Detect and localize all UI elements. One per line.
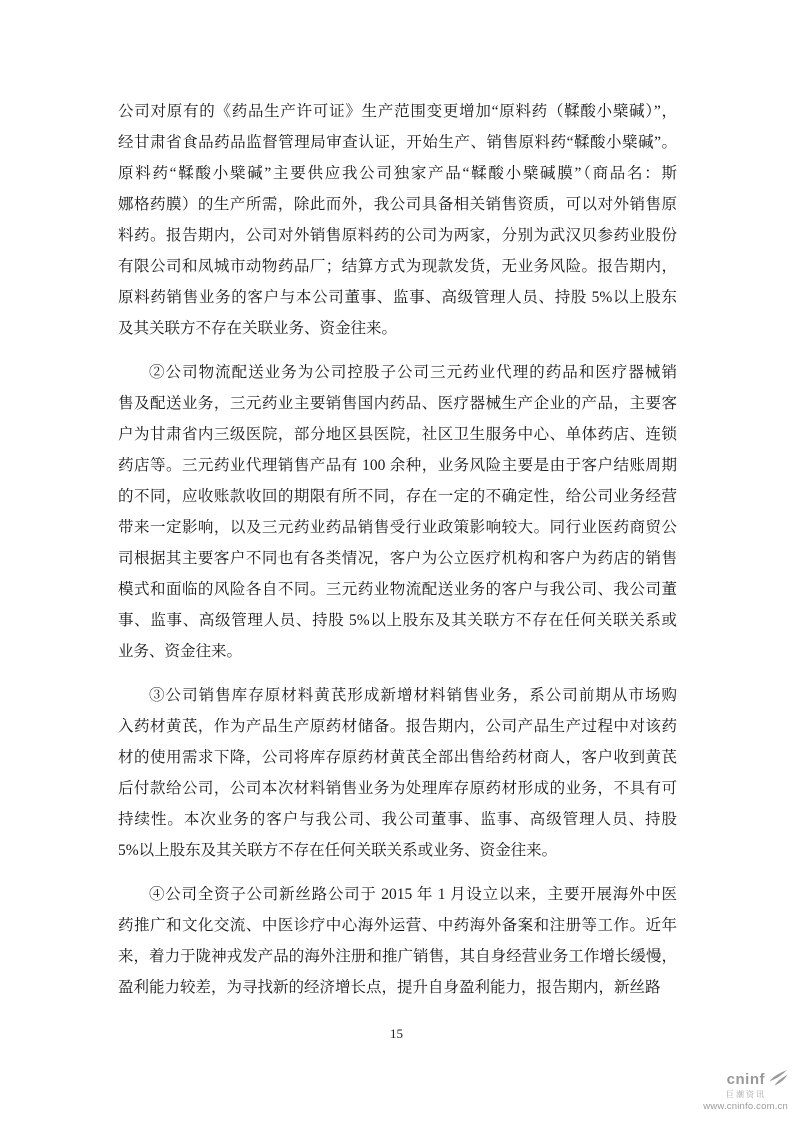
- text-line: 售及配送业务，三元药业主要销售国内药品、医疗器械生产企业的产品，主要客: [118, 388, 677, 419]
- text-line: 及其关联方不存在关联业务、资金往来。: [118, 313, 677, 344]
- text-line: 来，着力于陇神戎发产品的海外注册和推广销售，其自身经营业务工作增长缓慢，: [118, 941, 677, 972]
- cninfo-logo-row: cninf: [703, 1069, 788, 1091]
- text-line: 的不同，应收账款收回的期限有所不同，存在一定的不确定性，给公司业务经营: [118, 481, 677, 512]
- text-line: 带来一定影响，以及三元药业药品销售受行业政策影响较大。同行业医药商贸公: [118, 512, 677, 543]
- text-line: 盈利能力较差，为寻找新的经济增长点，提升自身盈利能力，报告期内，新丝路: [118, 972, 677, 1003]
- text-line: 经甘肃省食品药品监督管理局审查认证，开始生产、销售原料药“鞣酸小檗碱”。: [118, 127, 677, 158]
- text-line: ②公司物流配送业务为公司控股子公司三元药业代理的药品和医疗器械销: [118, 357, 677, 388]
- cninfo-logo-subtitle: 巨潮资讯: [703, 1091, 766, 1100]
- page-number: 15: [0, 1026, 793, 1042]
- paragraph: 公司对原有的《药品生产许可证》生产范围变更增加“原料药（鞣酸小檗碱）”，经甘肃省…: [118, 96, 677, 344]
- paragraph: ③公司销售库存原材料黄芪形成新增材料销售业务，系公司前期从市场购入药材黄芪，作为…: [118, 680, 677, 866]
- text-line: 户为甘肃省内三级医院，部分地区县医院，社区卫生服务中心、单体药店、连锁: [118, 419, 677, 450]
- text-line: ③公司销售库存原材料黄芪形成新增材料销售业务，系公司前期从市场购: [118, 680, 677, 711]
- text-line: 5%以上股东及其关联方不存在任何关联关系或业务、资金往来。: [118, 835, 677, 866]
- text-line: 料药。报告期内，公司对外销售原料药的公司为两家，分别为武汉贝参药业股份: [118, 220, 677, 251]
- text-line: 事、监事、高级管理人员、持股 5%以上股东及其关联方不存在任何关联关系或: [118, 605, 677, 636]
- paragraph: ④公司全资子公司新丝路公司于 2015 年 1 月设立以来，主要开展海外中医药推…: [118, 879, 677, 1003]
- text-line: 药推广和文化交流、中医诊疗中心海外运营、中药海外备案和注册等工作。近年: [118, 910, 677, 941]
- text-line: 原料药销售业务的客户与本公司董事、监事、高级管理人员、持股 5%以上股东: [118, 282, 677, 313]
- document-page: 公司对原有的《药品生产许可证》生产范围变更增加“原料药（鞣酸小檗碱）”，经甘肃省…: [0, 0, 793, 1122]
- cninfo-logo-text: cninf: [727, 1072, 765, 1089]
- document-body: 公司对原有的《药品生产许可证》生产范围变更增加“原料药（鞣酸小檗碱）”，经甘肃省…: [118, 96, 677, 1016]
- cninfo-logo-url: www.cninfo.com.cn: [703, 1102, 788, 1112]
- paragraph: ②公司物流配送业务为公司控股子公司三元药业代理的药品和医疗器械销售及配送业务，三…: [118, 357, 677, 667]
- cninfo-logo: cninf 巨潮资讯 www.cninfo.com.cn: [703, 1069, 788, 1112]
- text-line: ④公司全资子公司新丝路公司于 2015 年 1 月设立以来，主要开展海外中医: [118, 879, 677, 910]
- text-line: 娜格药膜）的生产所需，除此而外，我公司具备相关销售资质，可以对外销售原: [118, 189, 677, 220]
- text-line: 持续性。本次业务的客户与我公司、我公司董事、监事、高级管理人员、持股: [118, 804, 677, 835]
- text-line: 公司对原有的《药品生产许可证》生产范围变更增加“原料药（鞣酸小檗碱）”，: [118, 96, 677, 127]
- text-line: 入药材黄芪，作为产品生产原药材储备。报告期内，公司产品生产过程中对该药: [118, 711, 677, 742]
- text-line: 司根据其主要客户不同也有各类情况，客户为公立医疗机构和客户为药店的销售: [118, 543, 677, 574]
- text-line: 模式和面临的风险各自不同。三元药业物流配送业务的客户与我公司、我公司董: [118, 574, 677, 605]
- cninfo-swirl-icon: [767, 1069, 788, 1091]
- text-line: 后付款给公司，公司本次材料销售业务为处理库存原药材形成的业务，不具有可: [118, 773, 677, 804]
- text-line: 原料药“鞣酸小檗碱”主要供应我公司独家产品“鞣酸小檗碱膜”（商品名：斯: [118, 158, 677, 189]
- text-line: 有限公司和凤城市动物药品厂；结算方式为现款发货，无业务风险。报告期内，: [118, 251, 677, 282]
- text-line: 药店等。三元药业代理销售产品有 100 余种，业务风险主要是由于客户结账周期: [118, 450, 677, 481]
- text-line: 业务、资金往来。: [118, 636, 677, 667]
- text-line: 材的使用需求下降，公司将库存原药材黄芪全部出售给药材商人，客户收到黄芪: [118, 742, 677, 773]
